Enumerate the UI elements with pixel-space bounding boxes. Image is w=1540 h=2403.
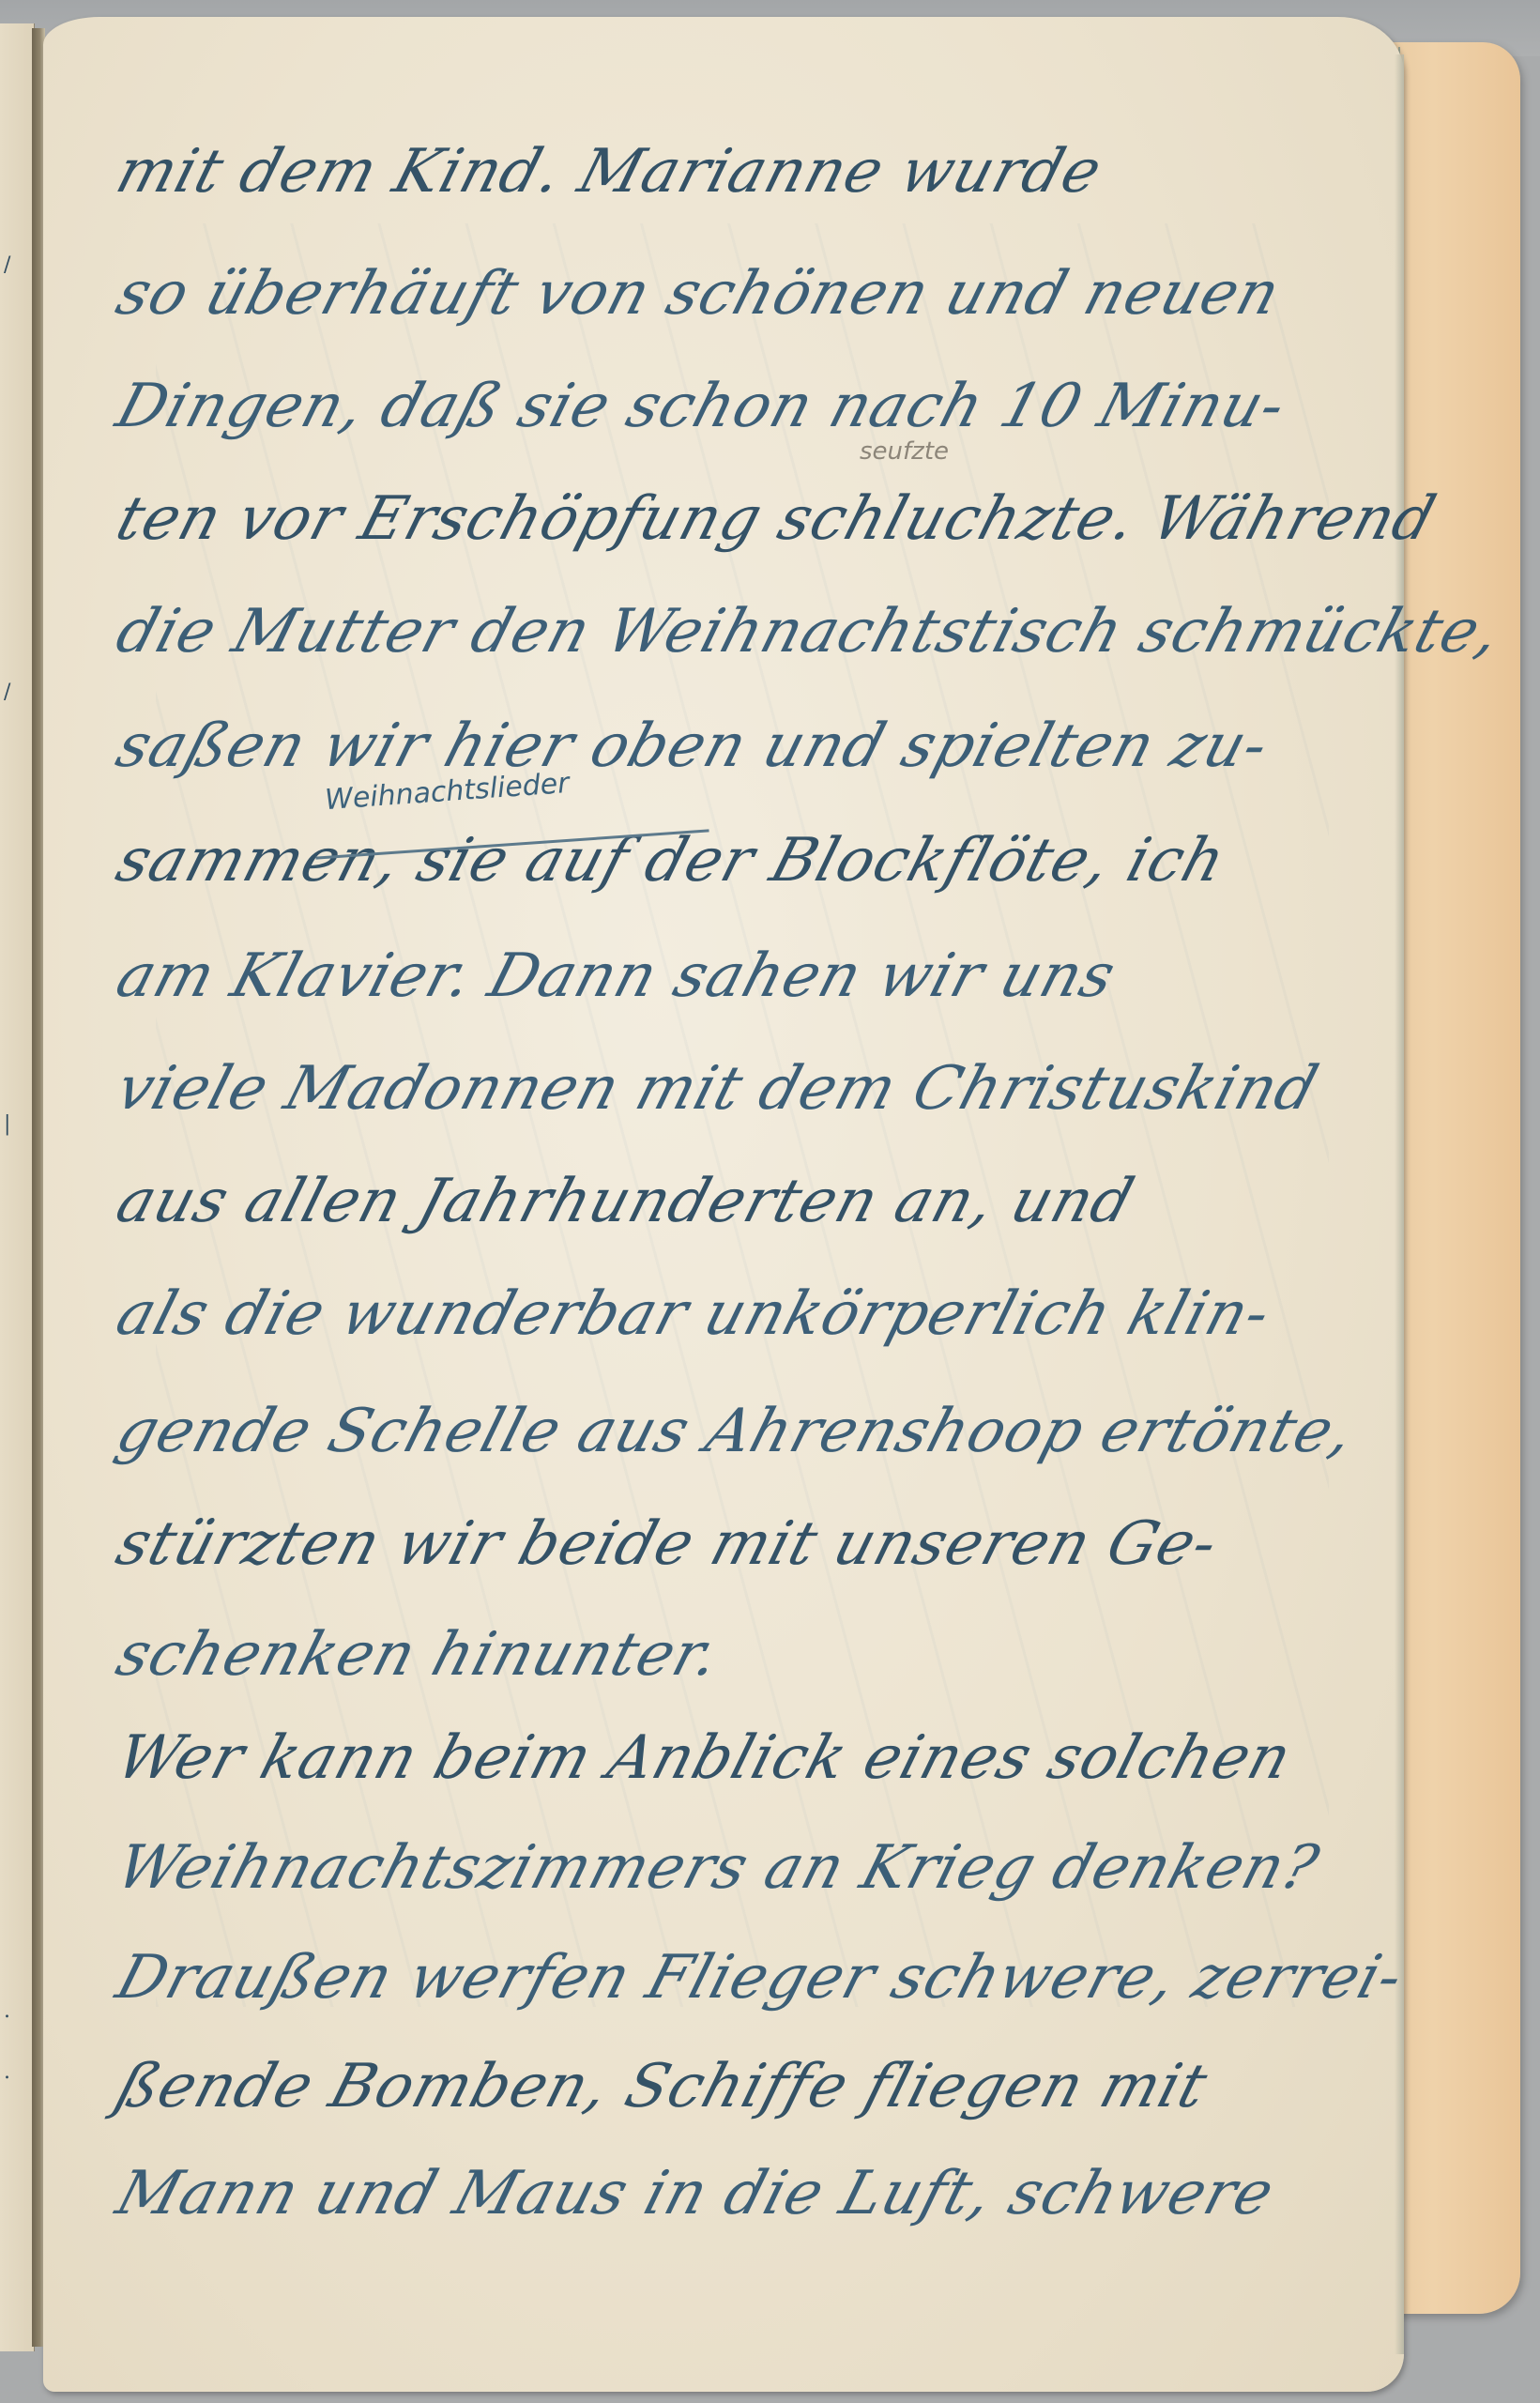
text-line: viele Madonnen mit dem Christuskind [109,1054,1326,1124]
handwritten-text: mit dem Kind. Marianne wurde so überhäuf… [43,17,1404,2392]
pencil-correction: seufzte [860,437,949,466]
text-line: Mann und Maus in die Luft, schwere [109,2159,1282,2228]
text-line: saßen wir hier oben und spielten zu- [109,712,1276,781]
text-line: so überhäuft von schönen und neuen [109,259,1288,329]
text-line: die Mutter den Weihnachtstisch schmückte… [109,597,1508,666]
text-line: ten vor Erschöpfung schluchzte. Während [109,484,1443,554]
text-line: stürzten wir beide mit unseren Ge- [109,1509,1226,1579]
text-line: gende Schelle aus Ahrenshoop ertönte, [109,1397,1362,1466]
text-line: am Klavier. Dann sahen wir uns [109,941,1123,1011]
text-line: sammen, sie auf der Blockflöte, ich [109,826,1233,895]
left-facing-page: / / | . . [0,23,35,2351]
text-line: Draußen werfen Flieger schwere, zerrei- [109,1943,1411,2013]
text-line: Wer kann beim Anblick eines solchen [109,1723,1300,1793]
diary-page: mit dem Kind. Marianne wurde so überhäuf… [43,17,1404,2392]
text-line: ßende Bomben, Schiffe fliegen mit [109,2052,1215,2121]
text-line: schenken hinunter. [109,1620,727,1690]
text-line: als die wunderbar unkörperlich klin- [109,1279,1278,1349]
text-line: Dingen, daß sie schon nach 10 Minu- [109,372,1293,441]
text-line: aus allen Jahrhunderten an, und [109,1167,1142,1236]
text-line: mit dem Kind. Marianne wurde [109,137,1109,207]
text-line: Weihnachtszimmers an Krieg denken? [109,1833,1327,1903]
